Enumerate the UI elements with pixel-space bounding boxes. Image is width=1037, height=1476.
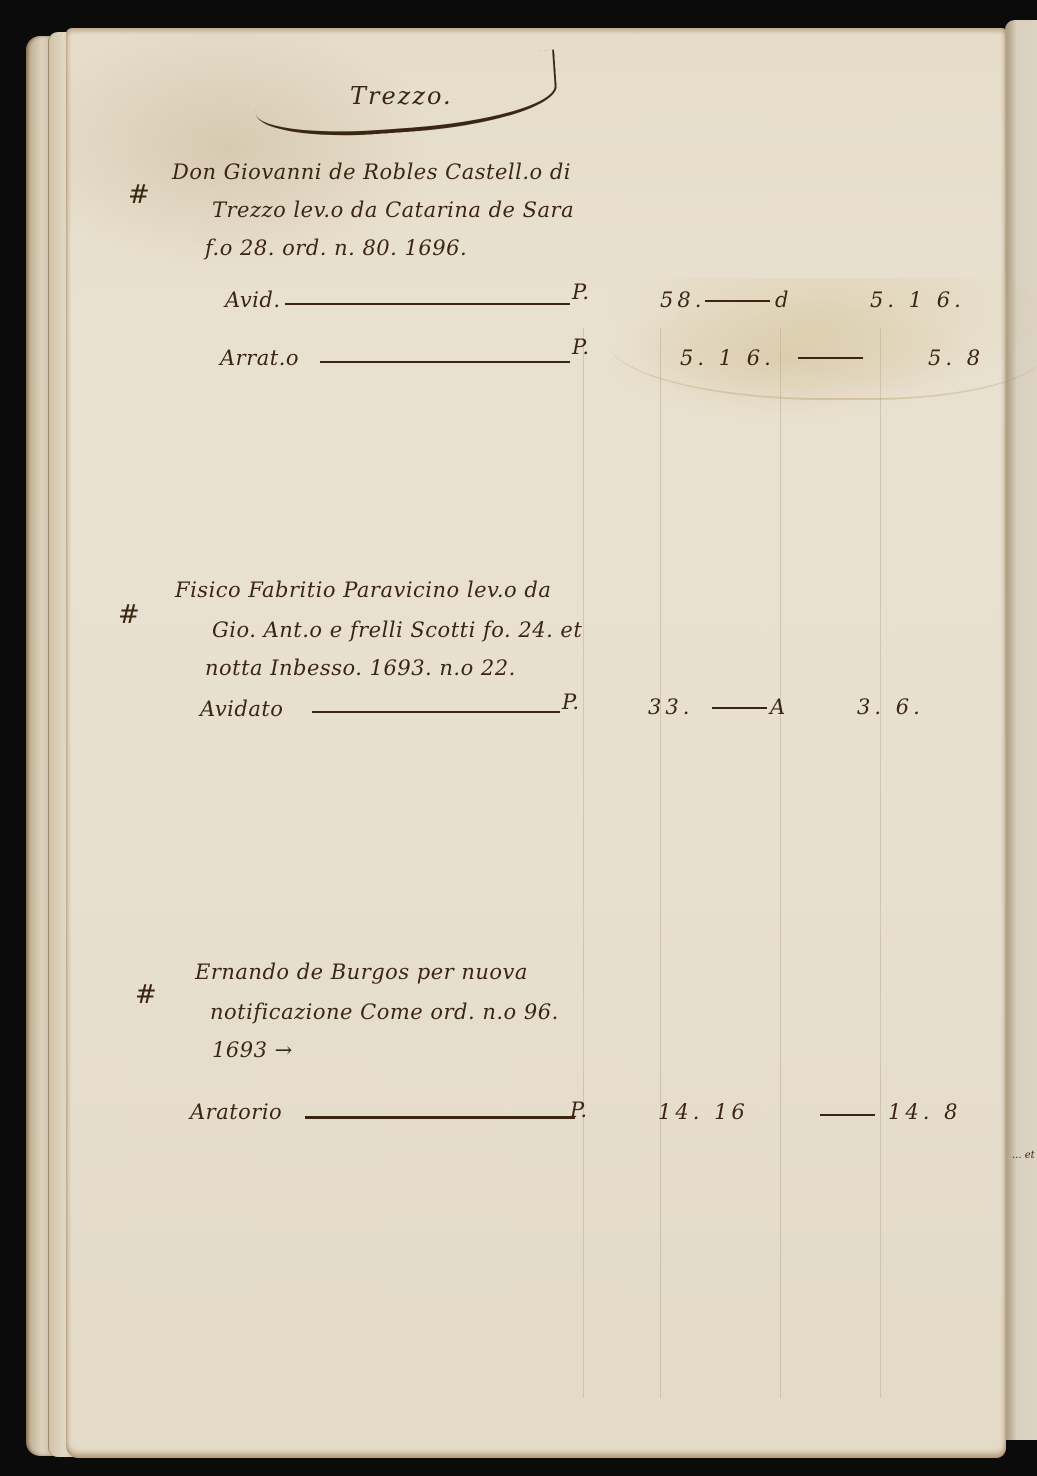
- entry-line: Ernando de Burgos per nuova: [195, 960, 528, 984]
- item-label: Avid.: [225, 288, 281, 312]
- item-value-1: 5. 1 6.: [680, 346, 775, 370]
- column-rule: [660, 328, 661, 1398]
- item-value-1: 33.: [648, 695, 693, 719]
- column-rule: [583, 328, 584, 1398]
- entry-line: Don Giovanni de Robles Castell.o di: [172, 160, 571, 184]
- item-unit: P.: [570, 1098, 588, 1122]
- entry-line: notificazione Come ord. n.o 96.: [210, 1000, 559, 1024]
- leader-line: [798, 357, 863, 359]
- item-value-2: d: [775, 288, 792, 312]
- leader-line: [712, 707, 767, 709]
- item-unit: P.: [572, 280, 590, 304]
- entry-line: notta Inbesso. 1693. n.o 22.: [205, 656, 516, 680]
- entry-mark: #: [118, 600, 140, 630]
- item-value-1: 14. 16: [658, 1100, 749, 1124]
- item-label: Arrat.o: [220, 346, 299, 370]
- item-label: Avidato: [200, 697, 283, 721]
- item-unit: P.: [562, 690, 580, 714]
- leader-line: [820, 1114, 875, 1116]
- entry-mark: #: [128, 180, 150, 210]
- item-value-1: 58.: [660, 288, 705, 312]
- page-heading: Trezzo.: [350, 82, 453, 110]
- leader-line: [305, 1116, 575, 1119]
- entry-mark: #: [135, 980, 157, 1010]
- leader-line: [320, 361, 570, 363]
- column-rule: [880, 328, 881, 1398]
- item-value-3: 5. 8: [928, 346, 984, 370]
- entry-line: Fisico Fabritio Paravicino lev.o da: [175, 578, 551, 602]
- item-value-3: 3. 6.: [857, 695, 924, 719]
- leader-line: [705, 300, 770, 302]
- leader-line: [312, 711, 560, 713]
- item-value-3: 5. 1 6.: [870, 288, 965, 312]
- facing-page-edge: [1005, 20, 1037, 1440]
- entry-line: Gio. Ant.o e frelli Scotti fo. 24. et: [212, 618, 582, 642]
- entry-line: f.o 28. ord. n. 80. 1696.: [205, 236, 467, 260]
- margin-note: ... et: [1012, 1150, 1035, 1161]
- item-unit: P.: [572, 335, 590, 359]
- item-value-2: A: [770, 695, 789, 719]
- leader-line: [285, 303, 570, 305]
- entry-line: Trezzo lev.o da Catarina de Sara: [212, 198, 574, 222]
- item-value-3: 14. 8: [888, 1100, 961, 1124]
- item-label: Aratorio: [190, 1100, 282, 1124]
- column-rule: [780, 328, 781, 1398]
- entry-line: 1693 →: [212, 1038, 293, 1062]
